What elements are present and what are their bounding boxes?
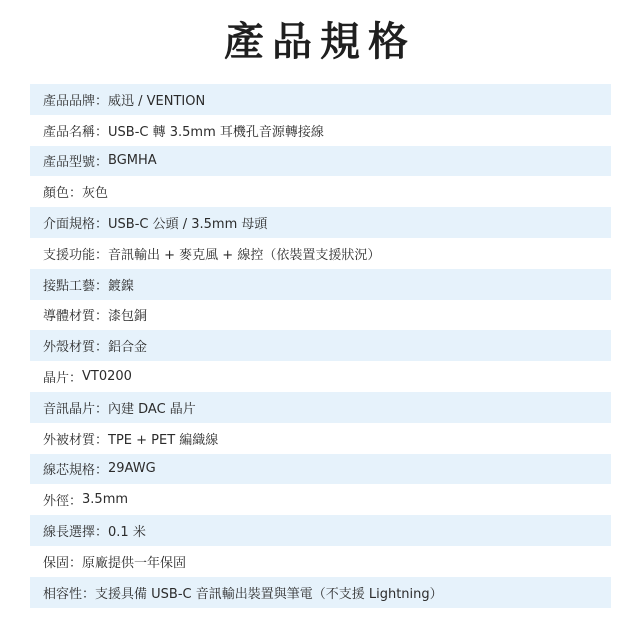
spec-label: 保固： [43, 552, 82, 571]
spec-row-length: 線長選擇： 0.1 米 [30, 515, 611, 546]
spec-row-model: 產品型號： BGMHA [30, 146, 611, 177]
spec-label: 支援功能： [43, 244, 108, 263]
spec-value: 灰色 [82, 182, 108, 201]
spec-label: 產品型號： [43, 151, 108, 170]
spec-row-shell: 外殼材質： 鋁合金 [30, 330, 611, 361]
spec-row-chip: 晶片： VT0200 [30, 361, 611, 392]
spec-row-conductor: 導體材質： 漆包銅 [30, 300, 611, 331]
spec-label: 顏色： [43, 182, 82, 201]
spec-label: 導體材質： [43, 305, 108, 324]
spec-value: 3.5mm [82, 492, 128, 507]
spec-value: 0.1 米 [108, 521, 146, 540]
spec-value: USB-C 公頭 / 3.5mm 母頭 [108, 213, 267, 232]
spec-value: TPE + PET 編織線 [108, 429, 218, 448]
spec-value: 29AWG [108, 461, 156, 476]
spec-label: 接點工藝： [43, 275, 108, 294]
spec-row-diameter: 外徑： 3.5mm [30, 484, 611, 515]
spec-label: 產品品牌： [43, 90, 108, 109]
spec-table: 產品品牌： 威迅 / VENTION 產品名稱： USB-C 轉 3.5mm 耳… [30, 84, 611, 608]
spec-row-features: 支援功能： 音訊輸出 + 麥克風 + 線控（依裝置支援狀況） [30, 238, 611, 269]
spec-value: 鍍鎳 [108, 275, 134, 294]
spec-value: 威迅 / VENTION [108, 90, 205, 109]
spec-label: 相容性： [43, 583, 95, 602]
spec-label: 線芯規格： [43, 459, 108, 478]
spec-value: 漆包銅 [108, 305, 147, 324]
spec-value: 鋁合金 [108, 336, 147, 355]
spec-row-jacket: 外被材質： TPE + PET 編織線 [30, 423, 611, 454]
spec-label: 線長選擇： [43, 521, 108, 540]
spec-row-wire-gauge: 線芯規格： 29AWG [30, 454, 611, 485]
page-title: 產品規格 [0, 14, 640, 70]
spec-value: BGMHA [108, 153, 157, 168]
spec-label: 晶片： [43, 367, 82, 386]
spec-row-brand: 產品品牌： 威迅 / VENTION [30, 84, 611, 115]
spec-row-color: 顏色： 灰色 [30, 176, 611, 207]
spec-row-interface: 介面規格： USB-C 公頭 / 3.5mm 母頭 [30, 207, 611, 238]
spec-label: 介面規格： [43, 213, 108, 232]
spec-label: 產品名稱： [43, 121, 108, 140]
spec-value: VT0200 [82, 369, 132, 384]
spec-label: 外殼材質： [43, 336, 108, 355]
spec-label: 外徑： [43, 490, 82, 509]
spec-value: 支援具備 USB-C 音訊輸出裝置與筆電（不支援 Lightning） [95, 583, 443, 602]
spec-row-contact-plating: 接點工藝： 鍍鎳 [30, 269, 611, 300]
spec-value: 內建 DAC 晶片 [108, 398, 196, 417]
spec-value: 原廠提供一年保固 [82, 552, 186, 571]
spec-value: USB-C 轉 3.5mm 耳機孔音源轉接線 [108, 121, 324, 140]
spec-row-audio-chip: 音訊晶片： 內建 DAC 晶片 [30, 392, 611, 423]
spec-value: 音訊輸出 + 麥克風 + 線控（依裝置支援狀況） [108, 244, 380, 263]
spec-label: 外被材質： [43, 429, 108, 448]
spec-row-compatibility: 相容性： 支援具備 USB-C 音訊輸出裝置與筆電（不支援 Lightning） [30, 577, 611, 608]
spec-label: 音訊晶片： [43, 398, 108, 417]
spec-row-warranty: 保固： 原廠提供一年保固 [30, 546, 611, 577]
spec-row-name: 產品名稱： USB-C 轉 3.5mm 耳機孔音源轉接線 [30, 115, 611, 146]
